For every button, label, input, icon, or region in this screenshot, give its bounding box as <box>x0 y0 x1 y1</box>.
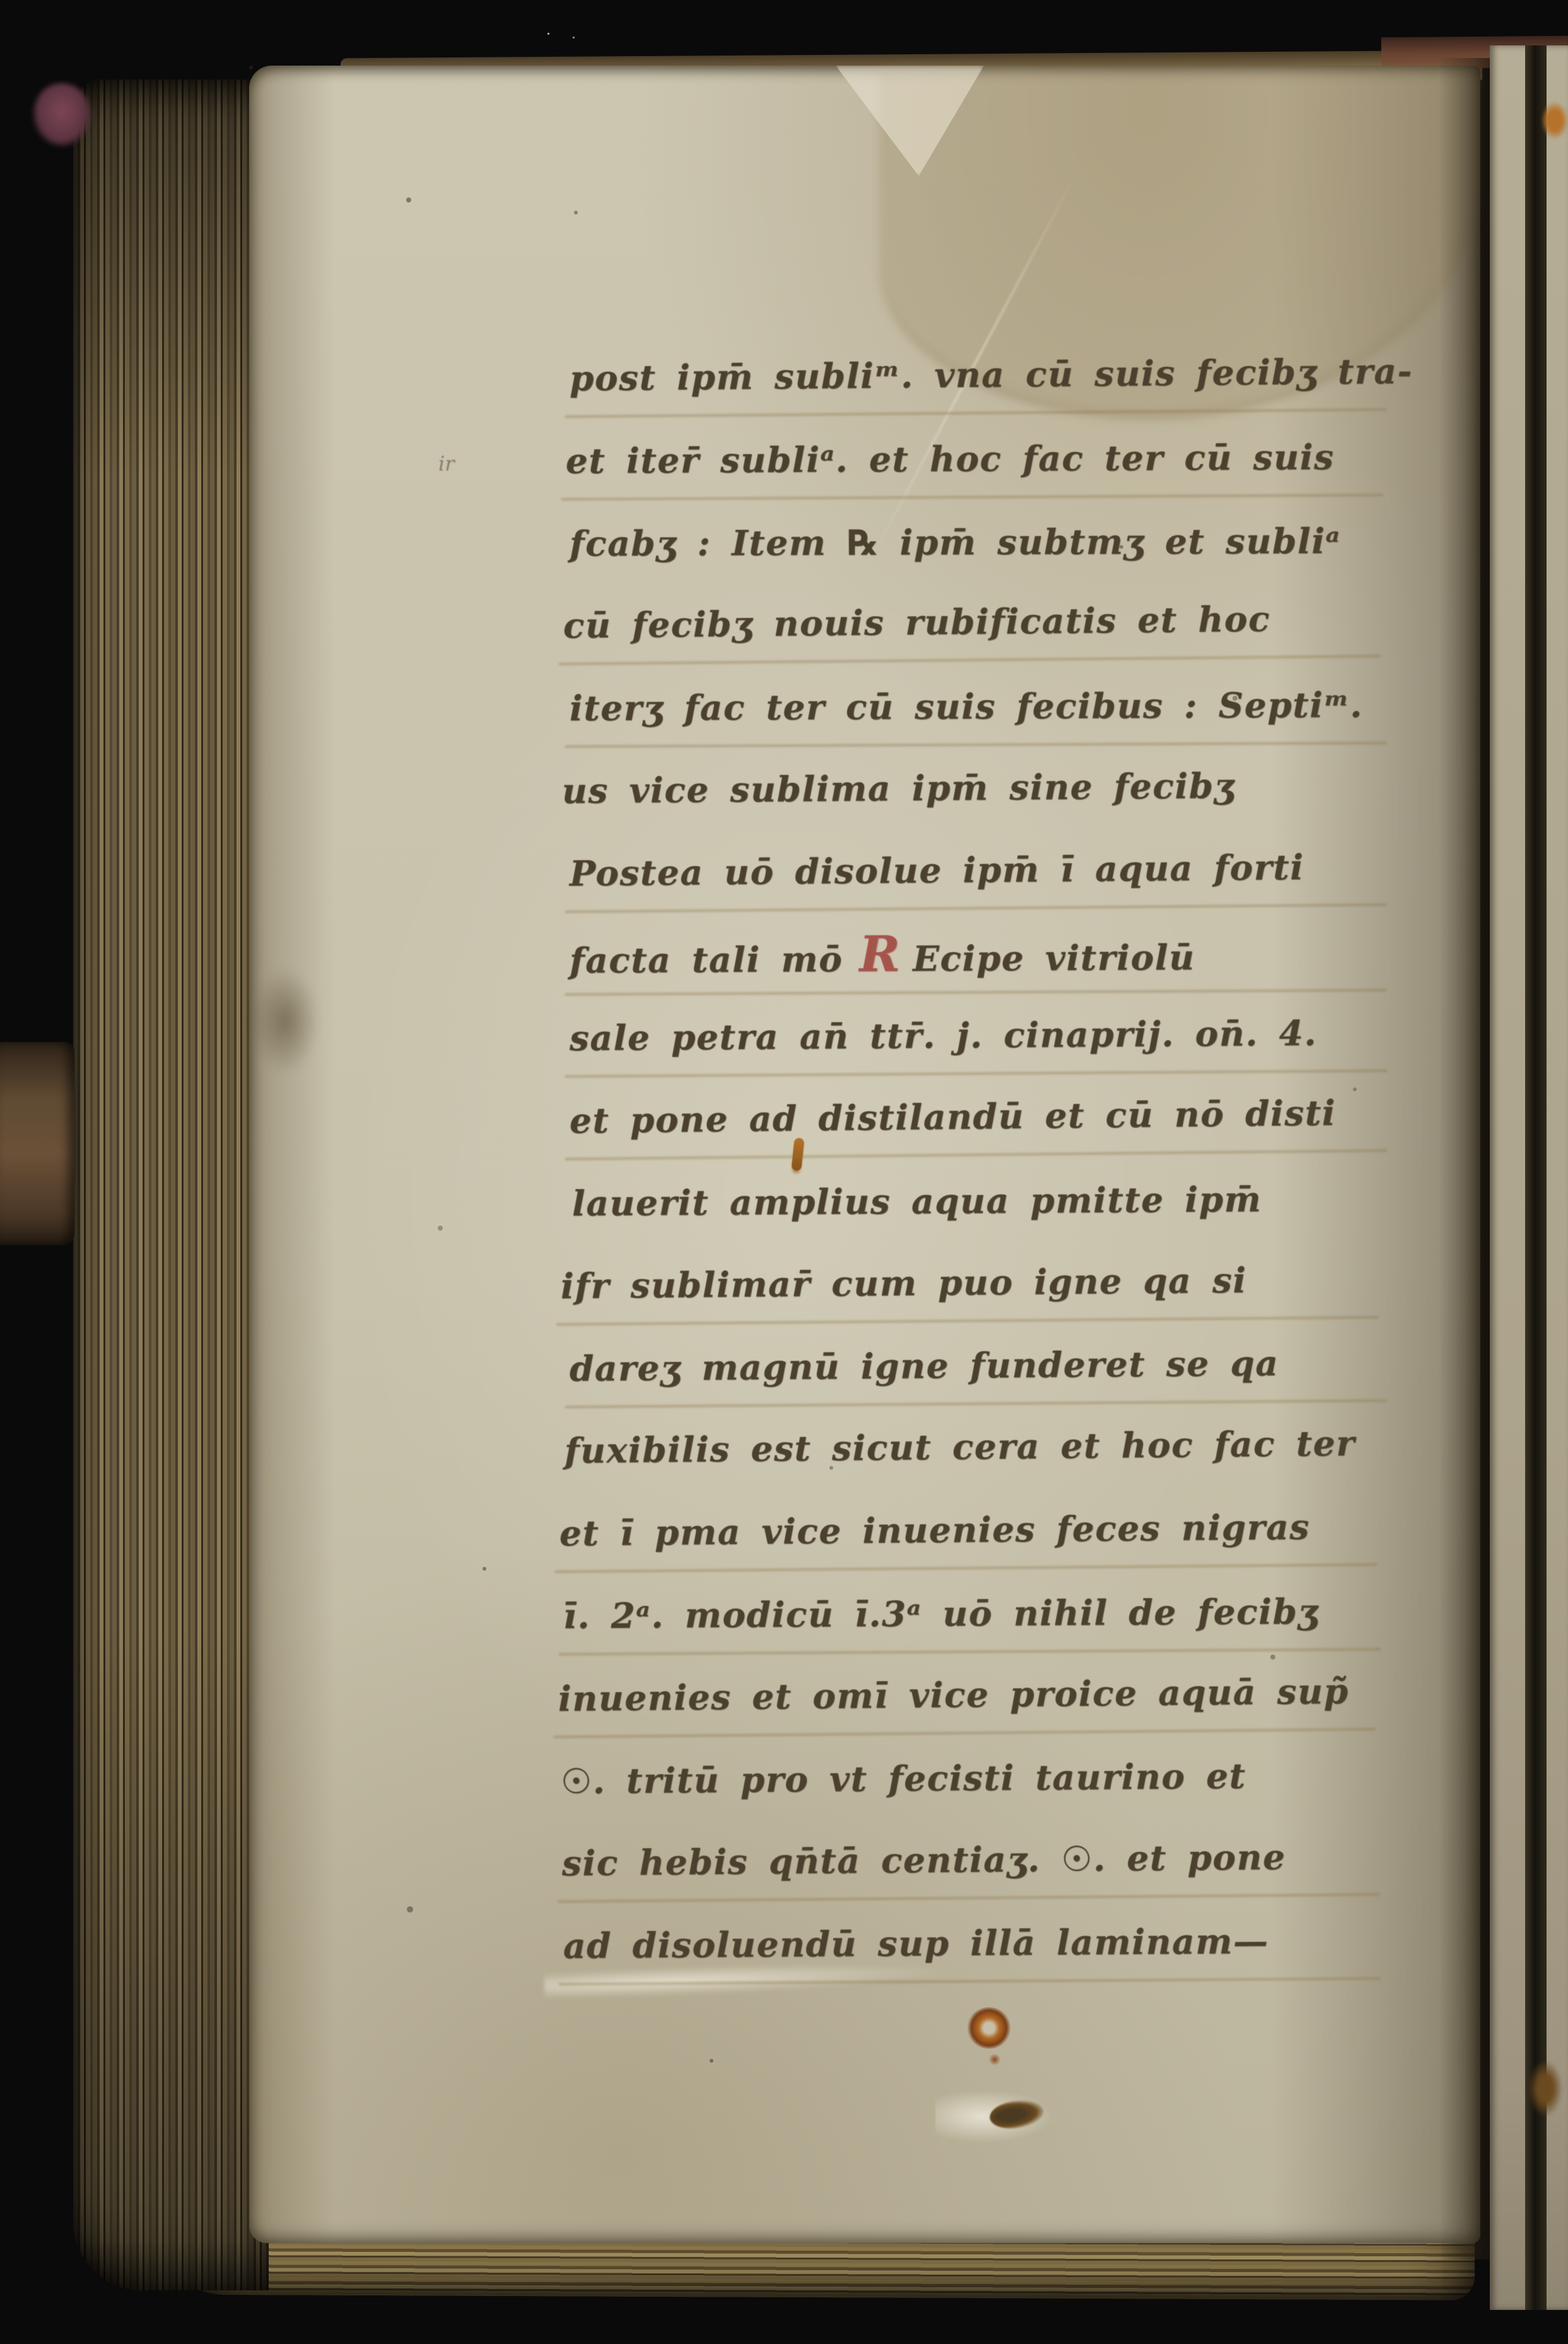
headband-spot <box>33 83 91 146</box>
facing-page-orange-stain <box>1542 102 1568 139</box>
fore-edge-shading <box>73 79 269 2290</box>
facing-page-sliver <box>1490 45 1568 2310</box>
manuscript-line: et ī pma vice inuenies feces nigras <box>559 1490 1411 1580</box>
manuscript-line: facta tali mōREcipe vitriolū <box>570 915 1422 1002</box>
manuscript-line: lauerit amplius aqua pmitte ipm̄ <box>572 1162 1424 1250</box>
manuscript-text-block: post ipm̄ subliᵐ. vna cū suis fecibʒ tr… <box>570 342 1421 1992</box>
facing-page-dark-edge <box>1525 45 1547 2310</box>
manuscript-line: dareʒ magnū igne funderet se qa <box>569 1325 1421 1414</box>
dust-specks <box>547 33 549 35</box>
rubric-initial: R <box>843 925 913 983</box>
manuscript-line: sic hebis qn̄tā centiaʒ. ☉. et pone <box>561 1820 1413 1910</box>
manuscript-line: sale petra an̄ ttr̄. j. cinaprij. on̄. 4… <box>570 996 1422 1084</box>
rust-dot <box>988 2054 1001 2065</box>
marginal-note: ir <box>438 452 455 476</box>
manuscript-line: us vice sublima ipm̄ sine fecibʒ <box>561 747 1413 836</box>
manuscript-line: ifr sublimar̄ cum puo igne qa si <box>560 1242 1412 1332</box>
left-margin-smudge <box>250 968 320 1075</box>
manuscript-line: post ipm̄ subliᵐ. vna cū suis fecibʒ tr… <box>569 334 1421 425</box>
manuscript-line: ī. 2ᵃ. modicū ī.3ᵃ uō nihil de fecibʒ <box>563 1574 1415 1662</box>
manuscript-line: iterʒ fac ter cū suis fecibus : Septiᵐ. <box>570 668 1422 754</box>
gutter-shadow <box>1439 58 1495 2259</box>
manuscript-line: Postea uō disolue ipm̄ ī aqua forti <box>569 829 1421 920</box>
manuscript-line: et pone ad distilandū et cū nō disti <box>569 1075 1421 1167</box>
ink-specks <box>249 66 253 69</box>
manuscript-line: ad disoluendū sup illā laminam— <box>563 1904 1415 1992</box>
line-text: Ecipe vitriolū <box>913 936 1195 978</box>
wormhole-tear <box>935 2089 1055 2143</box>
manuscript-line: inuenies et omī vice proice aquā sup̃ <box>558 1654 1410 1745</box>
manuscript-line: ☉. tritū pro vt fecisti taurino et <box>560 1738 1412 1827</box>
leather-strap <box>0 1042 74 1245</box>
manuscript-line: et iter̄ subliᵃ. et hoc fac ter cū suis <box>566 420 1418 507</box>
line-text: facta tali mō <box>570 938 843 980</box>
manuscript-line: fuxibilis est sicut cera et hoc fac ter <box>564 1406 1416 1497</box>
facing-page-brown-blob <box>1529 2061 1562 2116</box>
photograph-of-manuscript: { "palette": { "background": "#0a0a0b", … <box>0 0 1568 2344</box>
manuscript-page: ir post ipm̄ subliᵐ. vna cū suis fecibʒ… <box>249 66 1480 2243</box>
manuscript-line: cū fecibʒ nouis rubificatis et hoc <box>563 582 1415 672</box>
rust-spot <box>967 2007 1011 2049</box>
manuscript-line: fcabʒ : Item ℞ ipm̄ subtmʒ et subliᵃ <box>570 504 1421 590</box>
